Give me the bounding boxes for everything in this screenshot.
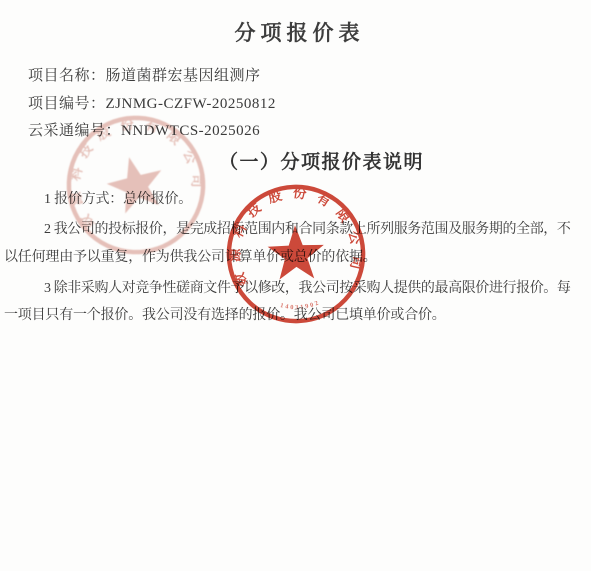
project-name-value: 肠道菌群宏基因组测序 xyxy=(106,68,261,84)
document-title: 分项报价表 xyxy=(235,17,365,47)
yuncaitong-number-value: NNDWTCS-2025026 xyxy=(121,123,260,139)
yuncaitong-number-label: 云采通编号： xyxy=(28,123,121,139)
clause-2-line-1: 2 我公司的投标报价，是完成招标范围内和合同条款上所列服务范围及服务期的全部，不 xyxy=(44,218,571,238)
project-name-line: 项目名称：肠道菌群宏基因组测序 xyxy=(28,64,261,85)
project-number-value: ZJNMG-CZFW-20250812 xyxy=(106,96,276,112)
clause-1-line-1: 1 报价方式：总价报价。 xyxy=(44,188,192,208)
clause-3-line-1: 3 除非采购人对竞争性磋商文件予以修改，我公司按采购人提供的最高限价进行报价。每 xyxy=(44,277,571,297)
project-number-label: 项目编号： xyxy=(28,96,106,112)
project-name-label: 项目名称： xyxy=(28,68,106,84)
scanned-document-page: 分项报价表 项目名称：肠道菌群宏基因组测序 项目编号：ZJNMG-CZFW-20… xyxy=(0,0,591,571)
clause-3-line-2: 一项目只有一个报价。我公司没有选择的报价。我公司已填单价或合价。 xyxy=(4,304,446,324)
project-number-line: 项目编号：ZJNMG-CZFW-20250812 xyxy=(28,92,276,113)
section-heading: （一）分项报价表说明 xyxy=(219,147,424,174)
yuncaitong-number-line: 云采通编号：NNDWTCS-2025026 xyxy=(28,119,260,140)
clause-2-line-2: 以任何理由予以重复，作为供我公司计算单价或总价的依据。 xyxy=(4,246,377,266)
